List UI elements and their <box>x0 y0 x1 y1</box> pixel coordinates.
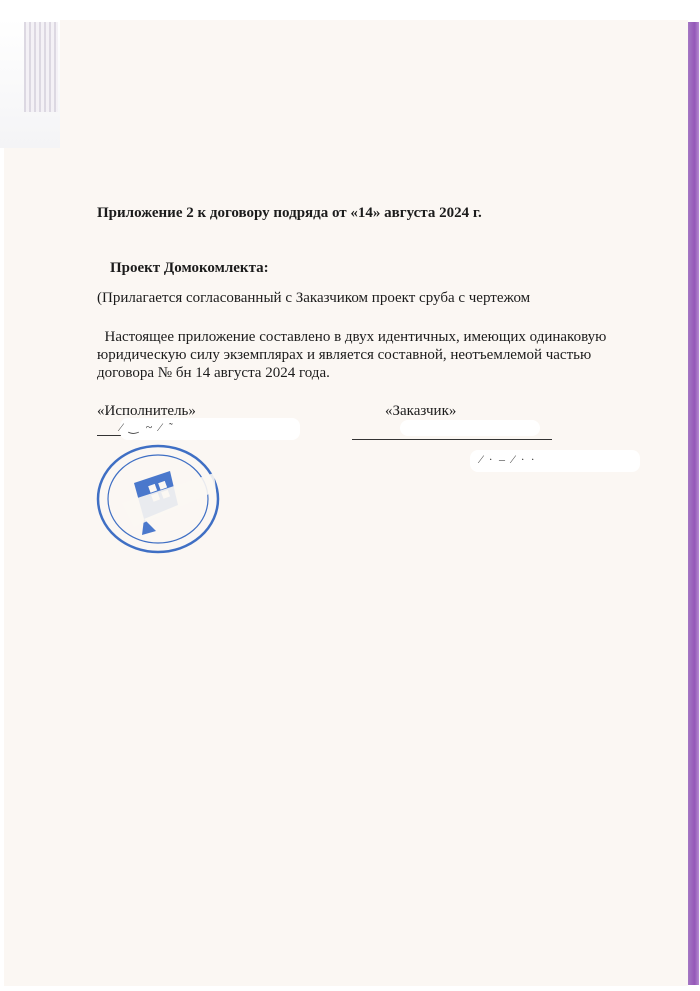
customer-label: «Заказчик» <box>385 403 456 420</box>
company-stamp <box>94 443 222 555</box>
signature-scribble-left: ⁄ ‿ ~ ⁄ ˜ <box>120 420 174 435</box>
paragraph: Настоящее приложение составлено в двух и… <box>97 328 606 382</box>
document-title: Приложение 2 к договору подряда от «14» … <box>97 205 482 222</box>
page-edge-strip <box>688 22 699 985</box>
paragraph-line: договора № бн 14 августа 2024 года. <box>97 364 606 382</box>
section-heading: Проект Домокомлекта: <box>110 260 269 277</box>
page-curl-stripes <box>24 22 58 112</box>
signature-scribble-right: ⁄ · – ⁄ · · <box>480 452 536 467</box>
paragraph-line: юридическую силу экземплярах и является … <box>97 346 606 364</box>
attachment-note: (Прилагается согласованный с Заказчиком … <box>97 290 530 307</box>
customer-signature-line <box>352 439 552 440</box>
redacted-signature-right-1 <box>400 420 540 436</box>
paragraph-line: Настоящее приложение составлено в двух и… <box>97 328 606 346</box>
